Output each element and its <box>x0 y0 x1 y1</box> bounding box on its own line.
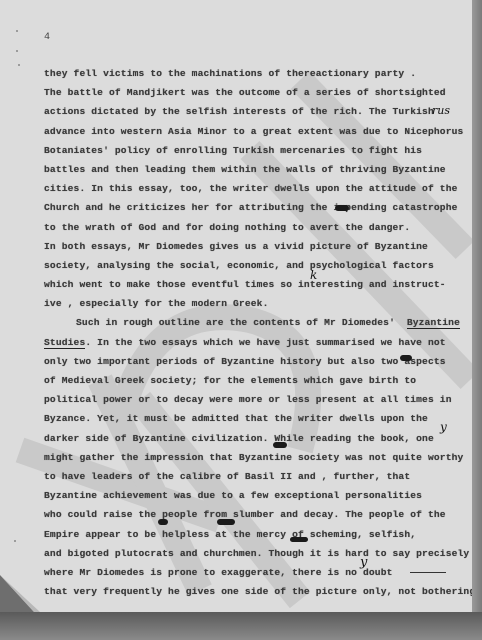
handwritten-underline <box>410 572 446 573</box>
text-line: which went to make those eventful times … <box>44 275 464 294</box>
text-line: Botaniates' policy of enrolling Turkish … <box>44 141 464 160</box>
text-line: and bigoted plutocrats and churchmen. Th… <box>44 544 464 563</box>
text-line: of Medieval Greek society; for the eleme… <box>44 371 464 390</box>
text-line-paragraph-start: Such in rough outline are the contents o… <box>44 313 464 332</box>
handwritten-annotation: k <box>310 268 317 282</box>
text-line: battles and then leading them within the… <box>44 160 464 179</box>
margin-mark <box>16 50 18 52</box>
text-line: Empire appear to be helpless at the merc… <box>44 525 464 544</box>
text-line: Byzance. Yet, it must be admitted that t… <box>44 409 464 428</box>
strike-blot <box>158 519 168 525</box>
handwritten-annotation: y <box>440 420 447 434</box>
text-line: Byzantine achievement was due to a few e… <box>44 486 464 505</box>
text-line: The battle of Mandjikert was the outcome… <box>44 83 464 102</box>
page-number: 4 <box>44 32 50 43</box>
strike-blot <box>290 537 308 542</box>
text-line: to have leaders of the calibre of Basil … <box>44 467 464 486</box>
text-line: to the wrath of God and for doing nothin… <box>44 218 464 237</box>
text-line: ive , especially for the modern Greek. <box>44 294 464 313</box>
text-line: darker side of Byzantine civilization. W… <box>44 429 464 448</box>
strike-blot <box>273 442 287 448</box>
text-line: actions dictated by the selfish interest… <box>44 102 464 121</box>
handwritten-annotation: rus <box>432 104 450 117</box>
text-line: they fell victims to the machinations of… <box>44 64 464 83</box>
text-segment: Such in rough outline are the contents o… <box>76 317 395 328</box>
text-line: advance into western Asia Minor to a gre… <box>44 122 464 141</box>
strike-blot <box>217 519 235 525</box>
typewritten-page: 4 they fell victims to the machinations … <box>0 0 472 612</box>
text-line: that very frequently he gives one side o… <box>44 582 464 601</box>
text-line: political power or to decay were more or… <box>44 390 464 409</box>
text-line: where Mr Diomedes is prone to exaggerate… <box>44 563 464 582</box>
document-body: they fell victims to the machinations of… <box>44 64 464 601</box>
text-line: In both essays, Mr Diomedes gives us a v… <box>44 237 464 256</box>
margin-mark <box>18 64 20 66</box>
scanner-right-edge <box>472 0 482 640</box>
text-line: society, analysing the social, economic,… <box>44 256 464 275</box>
text-line: might gather the impression that Byzanti… <box>44 448 464 467</box>
underlined-title: Studies <box>44 337 85 349</box>
text-line: Church and he criticizes her for attribu… <box>44 198 464 217</box>
margin-mark <box>14 540 16 542</box>
text-segment: . In the two essays which we have just s… <box>85 337 445 348</box>
handwritten-annotation: y <box>360 555 367 570</box>
margin-mark <box>16 30 18 32</box>
strike-blot <box>335 205 349 211</box>
strike-blot <box>400 355 412 361</box>
folded-corner <box>0 575 40 612</box>
scanner-bottom-edge <box>0 612 482 640</box>
underlined-title: Byzantine <box>407 317 460 329</box>
text-line: StudiesStudies. In the two essays which … <box>44 333 464 352</box>
text-line: who could raise the people from slumber … <box>44 505 464 524</box>
text-line: cities. In this essay, too, the writer d… <box>44 179 464 198</box>
